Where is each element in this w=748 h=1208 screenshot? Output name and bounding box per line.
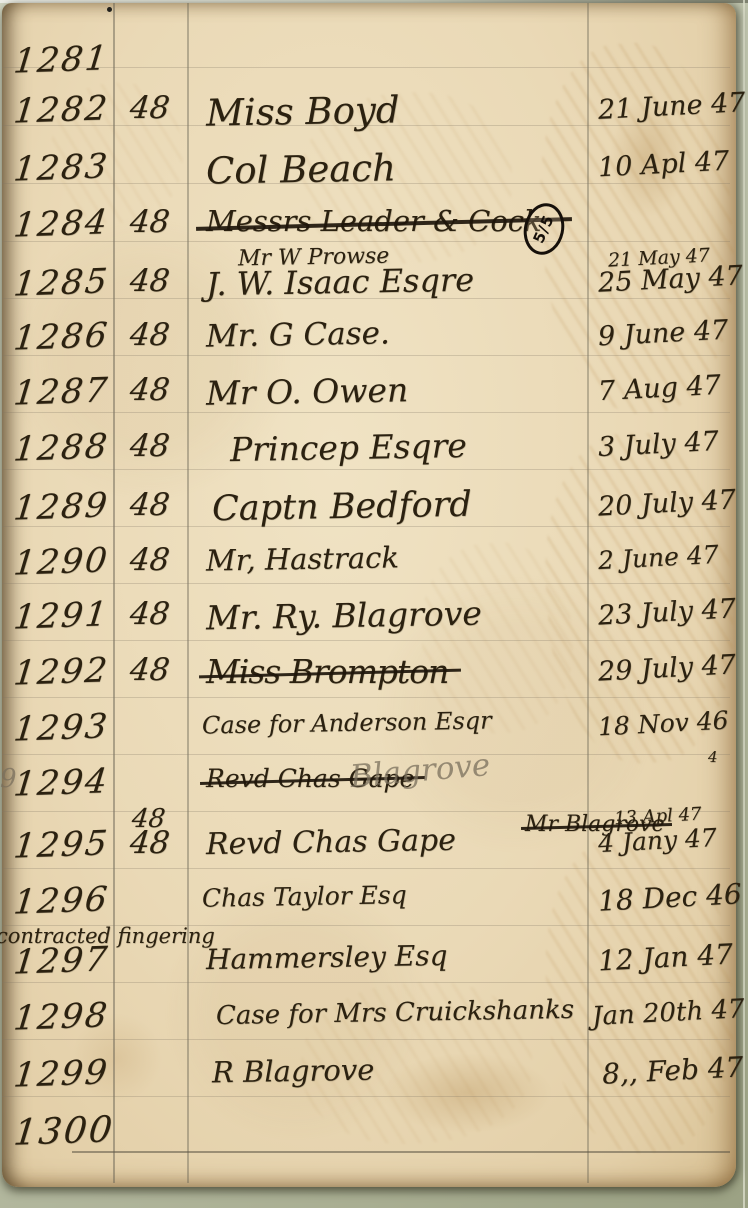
entry-number: 1297 — [12, 942, 111, 979]
pencil-note: Blagrove — [349, 750, 492, 793]
entry-date: 12 Jan 47 — [597, 940, 733, 975]
ledger-row: 1299 R Blagrove 8,, Feb 47 — [2, 1057, 736, 1113]
keys-count: 48 — [128, 655, 171, 686]
customer-name: Miss Boyd — [206, 91, 400, 131]
entry-date: 7 Aug 47 — [597, 372, 721, 405]
keys-count: 48 — [128, 93, 171, 124]
customer-name: Case for Anderson Esqr — [202, 708, 492, 737]
scan-frame-right — [743, 0, 745, 1208]
entry-date: 25 May 47 — [597, 262, 743, 297]
entry-number: 1287 — [12, 373, 111, 410]
ledger-row: 1284 48 Messrs Leader & Cock 18 Nov 47 5… — [2, 207, 736, 263]
customer-name: Mr. G Case. — [206, 318, 390, 352]
entry-number: 1291 — [12, 597, 111, 634]
keys-count: 48 — [128, 207, 171, 238]
customer-name: Revd Chas Gape — [206, 826, 456, 860]
keys-count: 48 — [128, 375, 171, 406]
keys-count: 48 — [128, 266, 171, 297]
ledger-row: 1290 48 Mr, Hastrack 2 June 47 — [2, 545, 736, 601]
entry-date: 8,, Feb 47 — [601, 1053, 744, 1088]
entry-date: 4 Jany 47 — [597, 825, 717, 856]
customer-name: Chas Taylor Esq — [202, 882, 407, 911]
ledger-row: 1291 48 Mr. Ry. Blagrove 23 July 47 — [2, 599, 736, 655]
ledger-row: 1289 48 Captn Bedford 20 July 47 — [2, 490, 736, 546]
customer-name: R Blagrove — [212, 1056, 375, 1088]
entry-date: 29 July 47 — [597, 651, 736, 685]
entry-number: 1299 — [12, 1055, 111, 1092]
ledger-row: 1287 48 Mr O. Owen 7 Aug 47 — [2, 375, 736, 431]
entry-number: 1295 — [12, 826, 111, 863]
ledger-row: 1283 Col Beach 10 Apl 47 — [2, 151, 736, 207]
entry-number: 1292 — [12, 653, 111, 690]
customer-name: Col Beach — [206, 149, 397, 189]
ledger-page: 1281 1282 48 Miss Boyd 21 June 47 1283 C… — [2, 3, 736, 1187]
entry-date: 23 July 47 — [597, 595, 736, 629]
keys-count: 48 — [128, 599, 171, 630]
entry-number: 1286 — [12, 318, 111, 355]
entry-number: 1282 — [12, 91, 111, 128]
customer-name: Mr, Hastrack — [206, 543, 399, 575]
ledger-row: 1297 Hammersley Esq 12 Jan 47 — [2, 944, 736, 1000]
keys-count: 48 — [128, 828, 171, 859]
entry-number: 1285 — [12, 264, 111, 301]
customer-name-struck: Messrs Leader & Cock — [206, 204, 542, 238]
ledger-row: 1296 Chas Taylor Esq 18 Dec 46 contracte… — [2, 884, 736, 940]
ledger-row: 9 1294 Revd Chas Gape Blagrove 4 Jan 47 … — [2, 766, 736, 822]
ledger-row: 1288 48 Princep Esqre 3 July 47 — [2, 431, 736, 487]
entry-number: 1289 — [12, 488, 111, 525]
entry-date: 9 June 47 — [597, 317, 729, 351]
entry-date: 3 July 47 — [597, 428, 719, 461]
customer-name: Mr O. Owen — [206, 373, 409, 410]
customer-name: J. W. Isaac Esqre — [206, 264, 475, 301]
keys-count: 48 — [128, 490, 171, 521]
customer-name: Case for Mrs Cruickshanks — [216, 997, 575, 1029]
entry-number: 1293 — [12, 709, 111, 746]
entry-date: 2 June 47 — [597, 542, 719, 573]
scanned-ledger-screenshot: { "document": { "kind": "handwritten led… — [0, 0, 748, 1208]
customer-name: Hammersley Esq — [206, 942, 448, 974]
entry-date: 10 Apl 47 — [597, 148, 730, 182]
entry-date: 18 Nov 46 — [597, 708, 729, 740]
ledger-row: 1300 — [2, 1114, 736, 1170]
entry-number: 1288 — [12, 429, 111, 466]
entry-number: 1281 — [12, 41, 111, 78]
ink-dot — [107, 7, 112, 12]
customer-name: Captn Bedford — [212, 488, 472, 528]
entry-number: 1290 — [12, 543, 111, 580]
entry-date: 20 July 47 — [597, 486, 736, 520]
customer-name: Mr. Ry. Blagrove — [206, 597, 482, 635]
keys-count: 48 — [128, 431, 171, 462]
ledger-row: 1282 48 Miss Boyd 21 June 47 — [2, 93, 736, 149]
date-superscript: 4 — [708, 750, 718, 765]
ledger-row: 1292 48 Miss Brompton 29 July 47 — [2, 655, 736, 711]
ledger-row: 1286 48 Mr. G Case. 9 June 47 — [2, 320, 736, 376]
entry-date: Jan 20th 47 — [591, 996, 745, 1030]
entry-number: 1284 — [12, 205, 111, 242]
customer-name: Princep Esqre — [230, 429, 467, 466]
entry-number: 1298 — [12, 998, 111, 1035]
keys-count: 48 — [128, 320, 171, 351]
entry-number: 1294 — [12, 764, 111, 801]
entry-number: 1296 — [12, 882, 111, 919]
entry-number: 1283 — [12, 149, 111, 186]
entry-number: 1300 — [12, 1112, 116, 1151]
customer-name-struck: Miss Brompton — [206, 652, 448, 691]
ledger-row: 1298 Case for Mrs Cruickshanks Jan 20th … — [2, 1000, 736, 1056]
entry-date: 18 Dec 46 — [597, 880, 742, 915]
keys-count: 48 — [128, 545, 171, 576]
ledger-row: 1285 48 J. W. Isaac Esqre 25 May 47 — [2, 266, 736, 322]
entry-date: 21 June 47 — [597, 89, 746, 124]
ledger-row: 1295 48 Revd Chas Gape 4 Jany 47 — [2, 828, 736, 884]
